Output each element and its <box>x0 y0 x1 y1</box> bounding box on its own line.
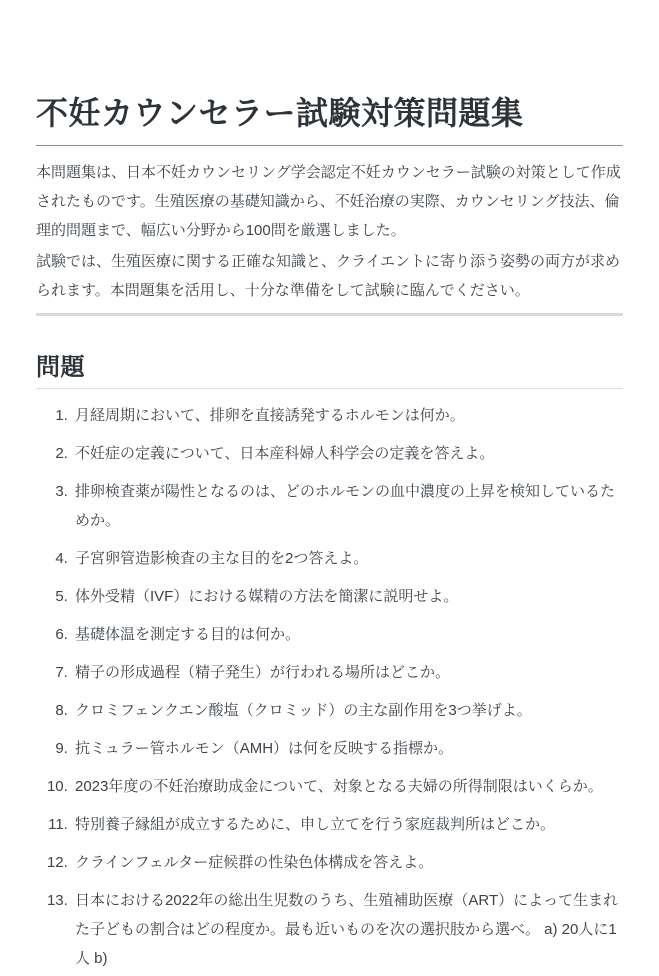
question-item: クロミフェンクエン酸塩（クロミッド）の主な副作用を3つ挙げよ。 <box>72 696 623 725</box>
question-item: クラインフェルター症候群の性染色体構成を答えよ。 <box>72 848 623 877</box>
question-item: 子宮卵管造影検査の主な目的を2つ答えよ。 <box>72 544 623 573</box>
question-item: 2023年度の不妊治療助成金について、対象となる夫婦の所得制限はいくらか。 <box>72 772 623 801</box>
question-item: 体外受精（IVF）における媒精の方法を簡潔に説明せよ。 <box>72 582 623 611</box>
question-item: 特別養子縁組が成立するために、申し立てを行う家庭裁判所はどこか。 <box>72 810 623 839</box>
intro-paragraph-1: 本問題集は、日本不妊カウンセリング学会認定不妊カウンセラー試験の対策として作成さ… <box>36 158 623 245</box>
question-item: 基礎体温を測定する目的は何か。 <box>72 620 623 649</box>
question-item: 不妊症の定義について、日本産科婦人科学会の定義を答えよ。 <box>72 439 623 468</box>
question-list: 月経周期において、排卵を直接誘発するホルモンは何か。 不妊症の定義について、日本… <box>36 401 623 973</box>
question-item: 月経周期において、排卵を直接誘発するホルモンは何か。 <box>72 401 623 430</box>
intro-paragraph-2: 試験では、生殖医療に関する正確な知識と、クライエントに寄り添う姿勢の両方が求めら… <box>36 247 623 305</box>
document-page: 不妊カウンセラー試験対策問題集 本問題集は、日本不妊カウンセリング学会認定不妊カ… <box>0 0 659 976</box>
question-item: 精子の形成過程（精子発生）が行われる場所はどこか。 <box>72 658 623 687</box>
section-heading-questions: 問題 <box>36 353 623 389</box>
page-title: 不妊カウンセラー試験対策問題集 <box>36 94 623 146</box>
question-item: 日本における2022年の総出生児数のうち、生殖補助医療（ART）によって生まれた… <box>72 886 623 973</box>
question-item: 抗ミュラー管ホルモン（AMH）は何を反映する指標か。 <box>72 734 623 763</box>
question-item: 排卵検査薬が陽性となるのは、どのホルモンの血中濃度の上昇を検知しているためか。 <box>72 477 623 535</box>
divider <box>36 313 623 316</box>
